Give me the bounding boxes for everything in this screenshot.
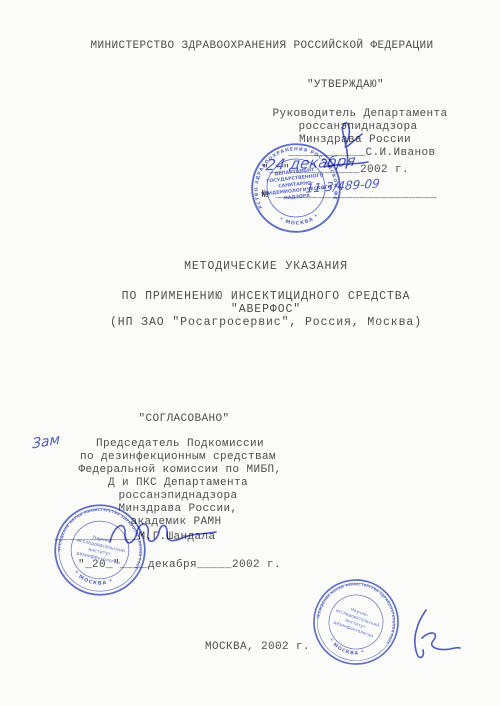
department-round-seal-stamp: МИНИСТЕРСТВО ЗДРАВООХРАНЕНИЯ РОССИЙСКОЙ … [244,136,347,239]
svg-text:* МОСКВА *: * МОСКВА * [325,637,367,662]
ministry-header: МИНИСТЕРСТВО ЗДРАВООХРАНЕНИЯ РОССИЙСКОЙ … [0,40,500,53]
agreement-label: "СОГЛАСОВАНО" [138,413,229,426]
agreement-position-line: Федеральной комиссии по МИБП, [78,464,281,477]
manufacturer-line: (НП ЗАО "Росагросервис", Россия, Москва) [0,316,500,329]
footer-city-year: МОСКВА, 2002 г. [205,641,310,654]
seal-city-text: * МОСКВА * [71,569,115,590]
agreement-position-line: Д и ПКС Департамента [108,477,248,490]
svg-text:* МОСКВА *: * МОСКВА * [71,569,115,590]
document-title: МЕТОДИЧЕСКИЕ УКАЗАНИЯ [0,260,500,273]
product-name: "АВЕРФОС" [0,303,500,316]
agreement-position-line: россанэпиднадзора [118,490,237,503]
document-subtitle: ПО ПРИМЕНЕНИЮ ИНСЕКТИЦИДНОГО СРЕДСТВА [0,290,500,303]
approval-label: "УТВЕРЖДАЮ" [307,79,384,92]
handwritten-note: Зам [32,431,60,452]
agreement-position-line: по дезинфекционным средствам [80,451,276,464]
institute-round-seal-stamp: ГОСУДАРСТВЕННОЕ УЧРЕЖДЕНИЕ НАУКИ МИНИСТЕ… [42,492,157,607]
document-page: МИНИСТЕРСТВО ЗДРАВООХРАНЕНИЯ РОССИЙСКОЙ … [0,0,500,706]
handwritten-signature-bottom [392,606,464,668]
seal-city-text: * МОСКВА * [325,637,367,662]
agreement-position-line: Председатель Подкомиссии [96,438,264,451]
